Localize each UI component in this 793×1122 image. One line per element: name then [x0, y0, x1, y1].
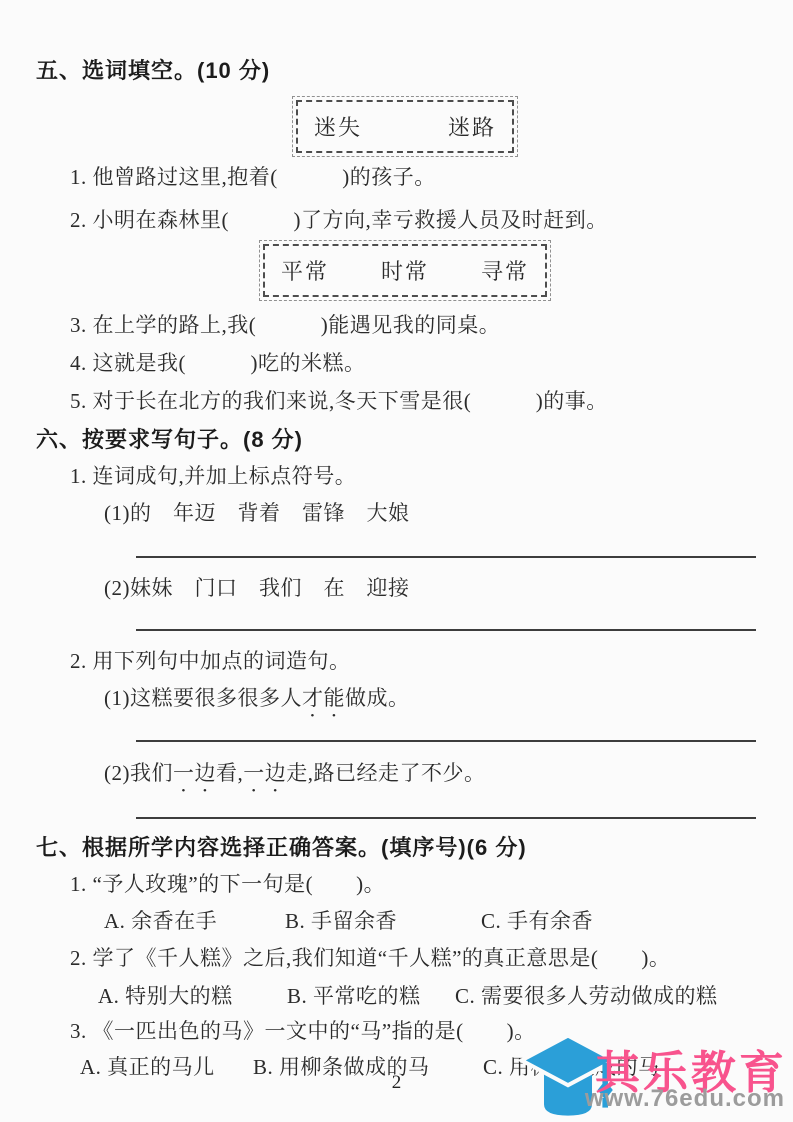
word-bank-word: 寻常 — [481, 255, 529, 286]
question-7-1-options: A. 余香在手 B. 手留余香 C. 手有余香 — [104, 905, 593, 935]
question-6-1: 1. 连词成句,并加上标点符号。 — [70, 460, 356, 490]
word-bank-word: 迷路 — [448, 111, 496, 142]
option-c: C. 需要很多人劳动做成的糕 — [455, 980, 718, 1010]
question-6-2: 2. 用下列句中加点的词造句。 — [70, 645, 351, 675]
question-7-2: 2. 学了《千人糕》之后,我们知道“千人糕”的真正意思是( )。 — [70, 942, 670, 972]
question-6-2-1: (1)这糕要很多很多人才能做成。 — [104, 682, 410, 722]
answer-line — [136, 817, 756, 819]
question-5-5: 5. 对于长在北方的我们来说,冬天下雪是很( )的事。 — [70, 385, 608, 415]
question-7-2-options: A. 特别大的糕 B. 平常吃的糕 C. 需要很多人劳动做成的糕 — [98, 980, 718, 1010]
section-7-title: 七、根据所学内容选择正确答案。(填序号)(6 分) — [36, 831, 527, 862]
section-6-title: 六、按要求写句子。(8 分) — [36, 423, 303, 454]
answer-line — [136, 740, 756, 742]
test-paper-page: 五、选词填空。(10 分) 迷失 迷路 1. 他曾路过这里,抱着( )的孩子。 … — [0, 0, 793, 1122]
word-bank-word: 时常 — [381, 255, 429, 286]
word-bank-box-2: 平常 时常 寻常 — [263, 244, 547, 297]
answer-line — [136, 629, 756, 631]
option-a: A. 余香在手 — [104, 905, 285, 935]
option-b: B. 手留余香 — [285, 905, 481, 935]
question-7-3: 3. 《一匹出色的马》一文中的“马”指的是( )。 — [70, 1015, 536, 1045]
question-5-2: 2. 小明在森林里( )了方向,幸亏救援人员及时赶到。 — [70, 204, 608, 234]
option-b: B. 平常吃的糕 — [287, 980, 455, 1010]
word-bank-word: 迷失 — [314, 111, 362, 142]
watermark-url: www.76edu.com — [585, 1085, 785, 1113]
question-6-2-2: (2)我们一边看,一边走,路已经走了不少。 — [104, 757, 486, 797]
question-7-1: 1. “予人玫瑰”的下一句是( )。 — [70, 868, 385, 898]
question-6-1-2: (2)妹妹 门口 我们 在 迎接 — [104, 572, 410, 602]
option-a: A. 特别大的糕 — [98, 980, 287, 1010]
question-5-3: 3. 在上学的路上,我( )能遇见我的同桌。 — [70, 309, 500, 339]
option-c: C. 手有余香 — [481, 905, 593, 935]
section-5-title: 五、选词填空。(10 分) — [36, 54, 270, 85]
question-5-1: 1. 他曾路过这里,抱着( )的孩子。 — [70, 161, 436, 191]
word-bank-word: 平常 — [281, 255, 329, 286]
word-bank-box-1: 迷失 迷路 — [296, 100, 514, 153]
answer-line — [136, 556, 756, 558]
question-6-1-1: (1)的 年迈 背着 雷锋 大娘 — [104, 497, 410, 527]
question-5-4: 4. 这就是我( )吃的米糕。 — [70, 347, 366, 377]
